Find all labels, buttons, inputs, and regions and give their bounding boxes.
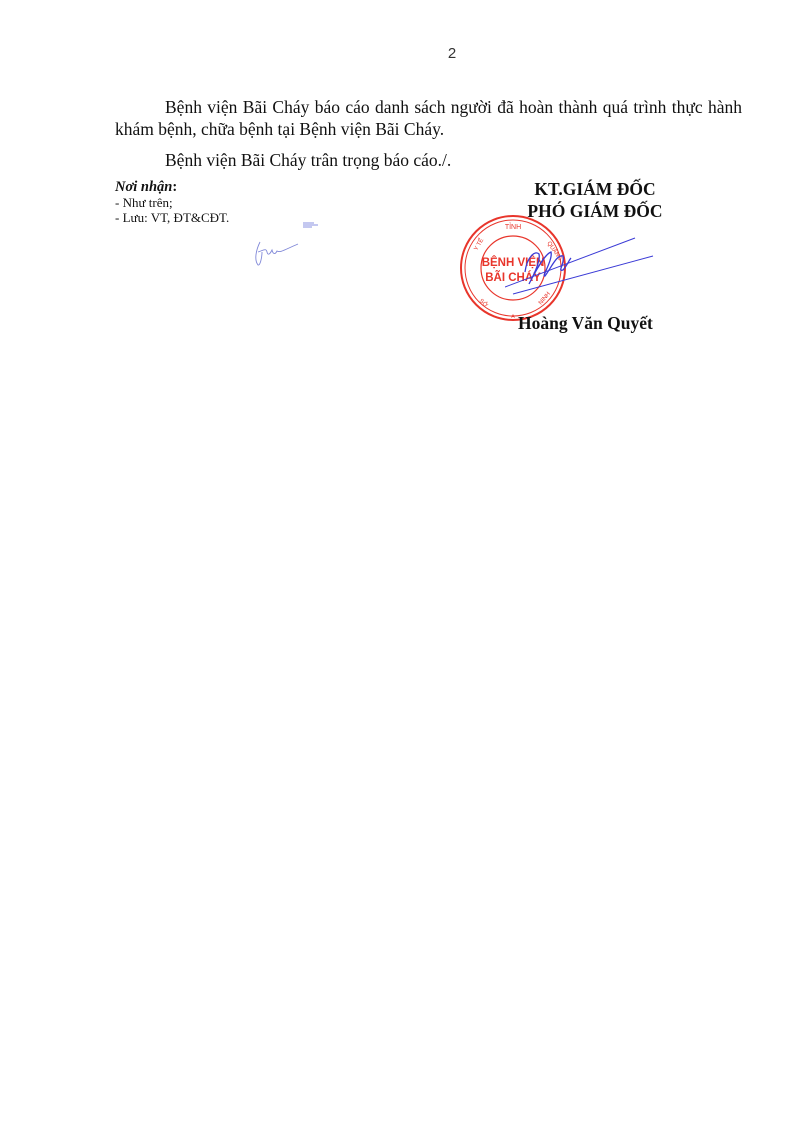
initials-signature-icon	[250, 238, 300, 268]
recipient-item: - Lưu: VT, ĐT&CĐT.	[115, 210, 229, 225]
recipient-item: - Như trên;	[115, 195, 229, 210]
recipients-block: Nơi nhận: - Như trên; - Lưu: VT, ĐT&CĐT.	[115, 180, 229, 225]
report-paragraph: Bệnh viện Bãi Cháy báo cáo danh sách ngư…	[115, 96, 742, 140]
signature-title-line-1: KT.GIÁM ĐỐC	[495, 178, 695, 200]
recipients-title-text: Nơi nhận	[115, 179, 172, 195]
signer-name: Hoàng Văn Quyết	[518, 313, 653, 334]
scribble-mark-icon	[302, 221, 320, 229]
handwritten-signature-icon	[505, 232, 655, 302]
recipients-title: Nơi nhận:	[115, 180, 229, 195]
svg-text:TỈNH: TỈNH	[505, 222, 521, 231]
page-number: 2	[0, 45, 800, 62]
closing-paragraph: Bệnh viện Bãi Cháy trân trọng báo cáo./.	[115, 149, 742, 171]
recipients-title-colon: :	[172, 179, 177, 195]
